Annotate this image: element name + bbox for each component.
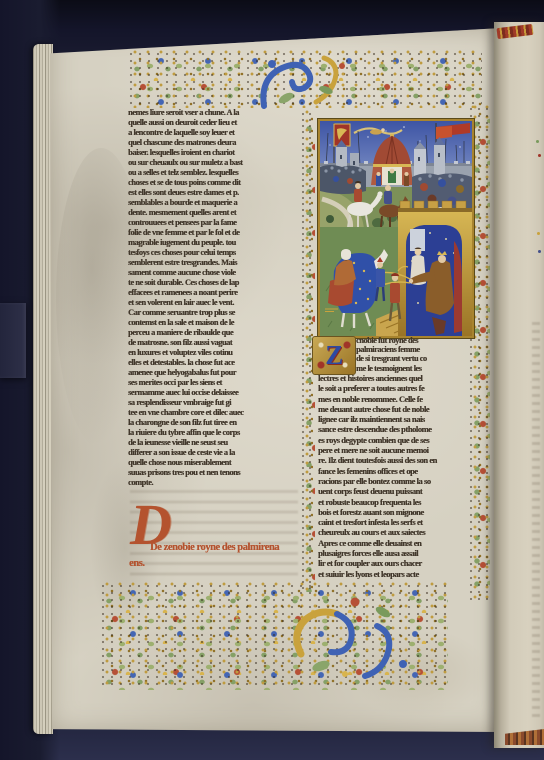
- golden-arch: [398, 201, 472, 336]
- facing-page-fleck: [536, 140, 539, 143]
- text-line: me deuant autre chose fut de noble: [318, 404, 474, 414]
- text-line: le soit a preferer a toutes autres fe: [318, 383, 474, 393]
- text-line: choses et se de tous poins comme dit: [128, 178, 304, 188]
- text-line: la riuiere du tybre affin que le corps: [128, 428, 304, 438]
- text-line: ou a selles et telz semblez. lesquelles: [128, 168, 304, 178]
- book-weight: [0, 303, 26, 378]
- rubric-line-2: ens.: [129, 558, 144, 570]
- acanthus-flourish-bottom: [285, 584, 415, 688]
- rubric-initial: D: [130, 490, 176, 566]
- text-line: la charongne de son filz fut tiree en: [128, 418, 304, 428]
- text-line: lir et for coupler aux ours chacer: [318, 558, 474, 568]
- text-line: semblerent estre tresgrandes. Mais: [128, 258, 304, 268]
- rubric-line-1: De zenobie royne des palmirena: [150, 542, 279, 554]
- facing-page-illumination-edge: [496, 24, 533, 39]
- text-line: a lencontre de laquelle soy leuer et: [128, 128, 304, 138]
- text-line: de matrosne. son filz aussi vaguat: [128, 338, 304, 348]
- text-line: me le tesmoignent les: [356, 364, 472, 373]
- facing-page: [494, 22, 544, 748]
- text-line: magrable iugement du peuple. tou: [128, 238, 304, 248]
- text-line: cheureulx au cours et aux saiectes: [318, 527, 474, 537]
- text-line: lectres et histoires anciennes quel: [318, 373, 474, 383]
- text-line: uent corps feust deuenu puissant: [318, 486, 474, 496]
- facing-page-fleck: [538, 154, 541, 157]
- text-line: pere et mere ne soit aucune memoi: [318, 445, 474, 455]
- text-line: nemes liure seroit vser a chune. A la: [128, 108, 304, 118]
- text-line: et robuste beaucop frequenta les: [318, 497, 474, 507]
- text-line: et suiuir les lyons et leopars acte: [318, 569, 474, 579]
- text-line: ou sur cheuaulx ou sur muletz a bast: [128, 158, 304, 168]
- facing-page-fleck: [537, 232, 540, 235]
- text-line: te ne soit durable. Ces choses de lap: [128, 278, 304, 288]
- text-line: quelle chose nous miserablement: [128, 458, 304, 468]
- text-line: en luxures et voluptez viles cotinu: [128, 348, 304, 358]
- text-line: tesfoys ces choses pour celui temps: [128, 248, 304, 258]
- text-line: tee en vne chambre core et dilec auec: [128, 408, 304, 418]
- left-text-column: nemes liure seroit vser a chune. A laque…: [128, 108, 304, 490]
- miniature-scene: [320, 121, 472, 336]
- text-line: sa resplendisseur vmbraige fut gi: [128, 398, 304, 408]
- text-line: quel chascune des matrones deura: [128, 138, 304, 148]
- text-line: quelle aussi on deuroit ceder lieu et: [128, 118, 304, 128]
- text-line: Apres ce comme elle deuainst en: [318, 538, 474, 548]
- text-line: mes en noble renommee. Celle fe: [318, 394, 474, 404]
- text-line: compte.: [128, 478, 304, 488]
- text-line: folie de vne femme et par le fol et de: [128, 228, 304, 238]
- text-line: es roys degypte combien que de ses: [318, 435, 474, 445]
- text-line: de la ieunesse vieille ne seust seu: [128, 438, 304, 448]
- text-line: caint et tresfort infesta les serfs et: [318, 517, 474, 527]
- text-line: contemst en la sale et maison de le: [128, 318, 304, 328]
- text-line: et sen volerent en lair auec le vent.: [128, 298, 304, 308]
- page-stack-edges: [33, 44, 53, 734]
- initial-letter: Z: [325, 342, 343, 369]
- text-line: re. Ilz dient toutesfois aussi des son e…: [318, 455, 474, 465]
- text-line: de si tresgrant vertu co: [356, 354, 472, 363]
- text-line: racions par elle bontez comme la so: [318, 476, 474, 486]
- text-line: effacees et ramenees a noant perire: [128, 288, 304, 298]
- text-line: cnobie fut royne des: [356, 336, 472, 345]
- text-line: Car comme seruantre trop plus se: [128, 308, 304, 318]
- miniature-frame: [318, 119, 474, 338]
- text-line: ses merites occi par les siens et: [128, 378, 304, 388]
- text-line: palmiraciens femme: [356, 345, 472, 354]
- manuscript-page: nemes liure seroit vser a chune. A laque…: [50, 28, 502, 732]
- photo-background: nemes liure seroit vser a chune. A laque…: [0, 0, 544, 760]
- right-text-column: lectres et histoires anciennes quelle so…: [318, 373, 474, 581]
- illuminated-initial: Z: [312, 336, 356, 375]
- text-line: est elles sont deues estre dames et p.: [128, 188, 304, 198]
- facing-page-showthrough: [532, 322, 540, 722]
- text-line: dente. mesmement quelles arent et: [128, 208, 304, 218]
- text-line: sance estre descendue des ptholome: [318, 424, 474, 434]
- text-line: amenee que helyogabalus fut pour: [128, 368, 304, 378]
- text-line: differer a son issue de ceste vie a la: [128, 448, 304, 458]
- text-line: suuas prisons tres pou et nen tenons: [128, 468, 304, 478]
- facing-page-fleck: [538, 250, 541, 253]
- text-line: bois et forestz auant son mignone: [318, 507, 474, 517]
- text-line: sermamme auec lui occise delaissee: [128, 388, 304, 398]
- text-line: perceu a maniere de ribaulde que: [128, 328, 304, 338]
- text-line: elles et detestables. la chose fut ace: [128, 358, 304, 368]
- text-line: sament comme aucune chose viole: [128, 268, 304, 278]
- text-line: baiser. lesquelles iroient en chariot: [128, 148, 304, 158]
- text-line: plusaigres forces elle ausa assail: [318, 548, 474, 558]
- text-line: fance les femenins offices et ope: [318, 466, 474, 476]
- text-line: controuuees et pensees par la fame: [128, 218, 304, 228]
- right-text-column-top: cnobie fut royne despalmiraciens femmede…: [356, 336, 472, 374]
- acanthus-flourish-top: [256, 44, 350, 114]
- text-line: lignee car ilz maintiennent sa nais: [318, 414, 474, 424]
- text-line: semblables a bourde et maquerie a: [128, 198, 304, 208]
